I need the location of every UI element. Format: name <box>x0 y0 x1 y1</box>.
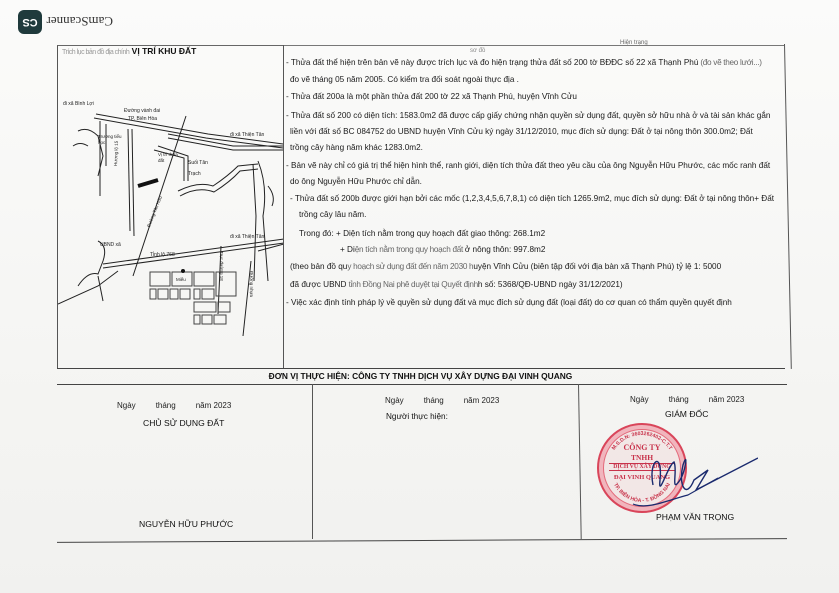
note-line: đo vẽ tháng 05 năm 2005. Có kiểm tra đối… <box>290 74 519 85</box>
note-line: Trong đó: + Diện tích nằm trong quy hoạc… <box>299 228 545 239</box>
section-divider <box>57 368 785 369</box>
note-line: + Diện tích nằm trong quy hoạch đất ở nô… <box>340 244 545 255</box>
map-label-binh-loi: đi xã Bình Lợi <box>63 101 94 107</box>
note-line: trồng cây hàng năm khác 1283.0m2. <box>290 142 423 153</box>
map-label-vi-tri-thua-dat: Vị trí thửa đất <box>158 152 180 164</box>
signer-name: NGUYỄN HỮU PHƯỚC <box>139 519 233 529</box>
note-line: - Việc xác định tính pháp lý về quyền sử… <box>286 297 732 308</box>
camscanner-watermark: CS CamScanner <box>18 8 113 34</box>
map-label-bien-hoa: TP. Biên Hòa <box>128 116 157 122</box>
map-label-thien-tan-2: đi xã Thiện Tân <box>230 234 264 240</box>
date-line: Ngàythángnăm 2023 <box>385 396 499 405</box>
note-line: đã được UBND tỉnh Đồng Nai phê duyệt tại… <box>290 279 623 290</box>
note-line: liền với đất số BC 084752 do UBND huyện … <box>290 126 753 137</box>
role-label: CHỦ SỬ DỤNG ĐẤT <box>143 418 224 428</box>
map-label-huong-lo-15: Hương lộ 15 <box>113 141 119 166</box>
camscanner-text: CamScanner <box>47 13 113 29</box>
map-label-vanh-dai: Đường vành đai <box>124 108 160 114</box>
date-line: Ngàythángnăm 2023 <box>117 401 231 410</box>
note-line: trồng cây lâu năm. <box>299 209 366 220</box>
map-label-thien-tan-1: đi xã Thiện Tân <box>230 132 264 138</box>
director-signature <box>608 440 758 520</box>
section-divider <box>57 384 787 385</box>
map-label-truc-duong-18: Trục đường 18 <box>219 251 224 281</box>
location-sketch-map <box>58 46 284 368</box>
map-label-tinh-lo-768: Tỉnh lộ 768 <box>150 252 175 258</box>
note-line: (theo bản đồ quy hoạch sử dụng đất đến n… <box>290 261 721 272</box>
role-label: GIÁM ĐỐC <box>665 409 708 419</box>
note-line: - Bản vẽ này chỉ có giá trị thể hiện hìn… <box>286 160 770 171</box>
note-line: - Thửa đất 200a là một phần thửa đất 200… <box>286 91 577 102</box>
note-line: - Thửa đất thể hiện trên bản vẽ này được… <box>286 57 762 68</box>
note-line: - Thửa đất số 200 có diện tích: 1583.0m2… <box>286 110 770 121</box>
note-line: do ông Nguyễn Hữu Phước chỉ dẫn. <box>290 176 422 187</box>
map-label-ubnd-xa: UBND xã <box>100 242 121 248</box>
map-label-suoi-tan-trach: Suối Tân Trạch <box>188 158 220 180</box>
company-title: ĐƠN VỊ THỰC HIỆN: CÔNG TY TNHH DỊCH VỤ X… <box>57 371 784 381</box>
role-label: Người thực hiện: <box>386 412 448 421</box>
location-map-panel: Trích lục bản đồ địa chính VỊ TRÍ KHU ĐẤ… <box>57 45 284 369</box>
camscanner-logo-icon: CS <box>18 10 42 34</box>
map-label-mieu: Miếu <box>176 277 186 282</box>
column-divider <box>312 384 313 539</box>
date-line: Ngàythángnăm 2023 <box>630 395 744 404</box>
map-label-duong-nhua: Đường nhựa <box>249 271 254 297</box>
note-line: - Thửa đất số 200b được giới hạn bởi các… <box>290 193 774 204</box>
